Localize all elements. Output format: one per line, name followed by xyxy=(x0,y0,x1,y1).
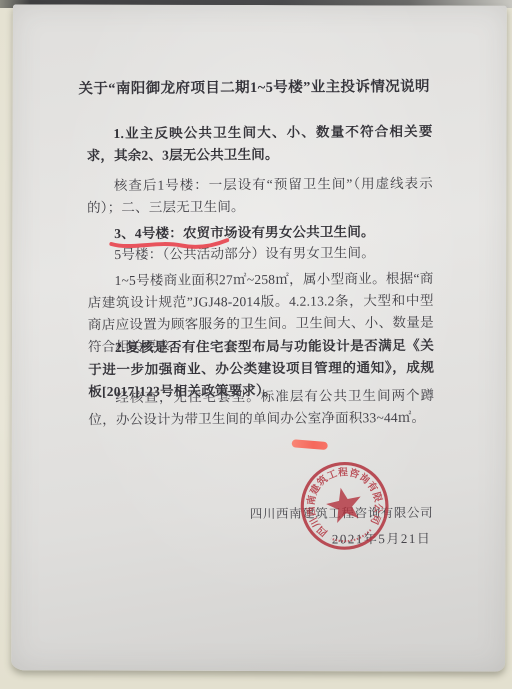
document-title: 关于“南阳御龙府项目二期1~5号楼”业主投诉情况说明 xyxy=(58,75,450,99)
company-seal-stamp: 四川西南建筑工程咨询有限公司 xyxy=(289,450,400,561)
svg-text:西: 西 xyxy=(304,505,318,517)
paragraph-review-result: 经核查，无住宅套型。标准层有公共卫生间两个蹲位，办公设计为带卫生间的单间办公室净… xyxy=(88,385,434,431)
red-underline-annotation xyxy=(109,236,229,253)
paragraph-owner-complaint: 1.业主反映公共卫生间大、小、数量不符合相关要求，其余2、3层无公共卫生间。 xyxy=(86,121,432,167)
paragraph-building-1: 核查后1号楼：一层设有“预留卫生间”（用虚线表示的）；二、三层无卫生间。 xyxy=(87,173,433,219)
svg-text:限: 限 xyxy=(370,491,385,504)
pink-marker-annotation xyxy=(291,439,328,450)
star-icon xyxy=(323,484,365,524)
document-photo: 关于“南阳御龙府项目二期1~5号楼”业主投诉情况说明 1.业主反映公共卫生间大、… xyxy=(0,0,512,689)
document-body: 关于“南阳御龙府项目二期1~5号楼”业主投诉情况说明 1.业主反映公共卫生间大、… xyxy=(0,0,512,689)
svg-text:程: 程 xyxy=(338,465,349,478)
